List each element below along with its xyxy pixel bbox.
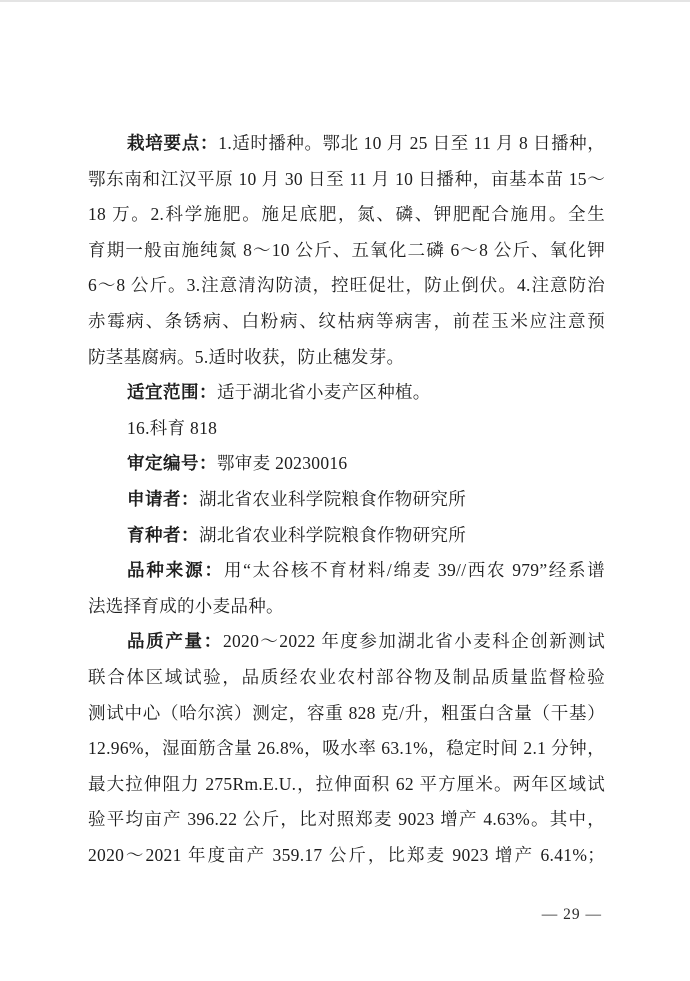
quality-yield-line-3: 测试中心（哈尔滨）测定，容重 828 克/升，粗蛋白含量（干基） [88,696,605,732]
variety-source-label: 品种来源： [127,560,224,580]
suitable-region-label: 适宜范围： [127,382,217,402]
variety-heading-line-1: 16.科育 818 [88,411,605,447]
quality-yield-line-7: 2020～2021 年度亩产 359.17 公斤，比郑麦 9023 增产 6.4… [88,838,605,874]
applicant-line-1: 申请者：湖北省农业科学院粮食作物研究所 [88,482,605,518]
applicant-label: 申请者： [127,489,199,509]
quality-yield-line-2: 联合体区域试验，品质经农业农村部谷物及制品质量监督检验 [88,660,605,696]
variety-source-line-2: 法选择育成的小麦品种。 [88,589,605,625]
variety-source-line-1: 品种来源：用“太谷核不育材料/绵麦 39//西农 979”经系谱 [88,553,605,589]
cultivation-points-line-2: 鄂东南和江汉平原 10 月 30 日至 11 月 10 日播种，亩基本苗 15～ [88,162,605,198]
approval-number-label: 审定编号： [127,453,217,473]
cultivation-points-line-6: 赤霉病、条锈病、白粉病、纹枯病等病害，前茬玉米应注意预 [88,304,605,340]
cultivation-points-line-5: 6～8 公斤。3.注意清沟防渍，控旺促壮，防止倒伏。4.注意防治 [88,268,605,304]
cultivation-points-text: 1.适时播种。鄂北 10 月 25 日至 11 月 8 日播种， [218,133,605,153]
quality-yield-line-5: 最大拉伸阻力 275Rm.E.U.，拉伸面积 62 平方厘米。两年区域试 [88,767,605,803]
page-number: — 29 — [542,903,602,927]
quality-yield-text: 2020～2022 年度参加湖北省小麦科企创新测试 [223,631,605,651]
cultivation-points-line-4: 育期一般亩施纯氮 8～10 公斤、五氧化二磷 6～8 公斤、氧化钾 [88,233,605,269]
cultivation-points-label: 栽培要点： [127,133,218,153]
breeder-line-1: 育种者：湖北省农业科学院粮食作物研究所 [88,518,605,554]
cultivation-points-line-3: 18 万。2.科学施肥。施足底肥，氮、磷、钾肥配合施用。全生 [88,197,605,233]
suitable-region-line-1: 适宜范围：适于湖北省小麦产区种植。 [88,375,605,411]
cultivation-points-line-7: 防茎基腐病。5.适时收获，防止穗发芽。 [88,340,605,376]
variety-source-text: 用“太谷核不育材料/绵麦 39//西农 979”经系谱 [224,560,605,580]
document-body: 栽培要点：1.适时播种。鄂北 10 月 25 日至 11 月 8 日播种，鄂东南… [88,126,605,873]
approval-number-text: 鄂审麦 20230016 [217,453,347,473]
quality-yield-line-4: 12.96%，湿面筋含量 26.8%，吸水率 63.1%，稳定时间 2.1 分钟… [88,731,605,767]
page-top-edge [0,0,690,2]
suitable-region-text: 适于湖北省小麦产区种植。 [217,382,431,402]
quality-yield-label: 品质产量： [127,631,223,651]
breeder-label: 育种者： [127,525,199,545]
applicant-text: 湖北省农业科学院粮食作物研究所 [199,489,466,509]
cultivation-points-line-1: 栽培要点：1.适时播种。鄂北 10 月 25 日至 11 月 8 日播种， [88,126,605,162]
breeder-text: 湖北省农业科学院粮食作物研究所 [199,525,466,545]
document-page: 栽培要点：1.适时播种。鄂北 10 月 25 日至 11 月 8 日播种，鄂东南… [0,0,690,981]
quality-yield-line-6: 验平均亩产 396.22 公斤，比对照郑麦 9023 增产 4.63%。其中， [88,802,605,838]
approval-number-line-1: 审定编号：鄂审麦 20230016 [88,446,605,482]
quality-yield-line-1: 品质产量：2020～2022 年度参加湖北省小麦科企创新测试 [88,624,605,660]
